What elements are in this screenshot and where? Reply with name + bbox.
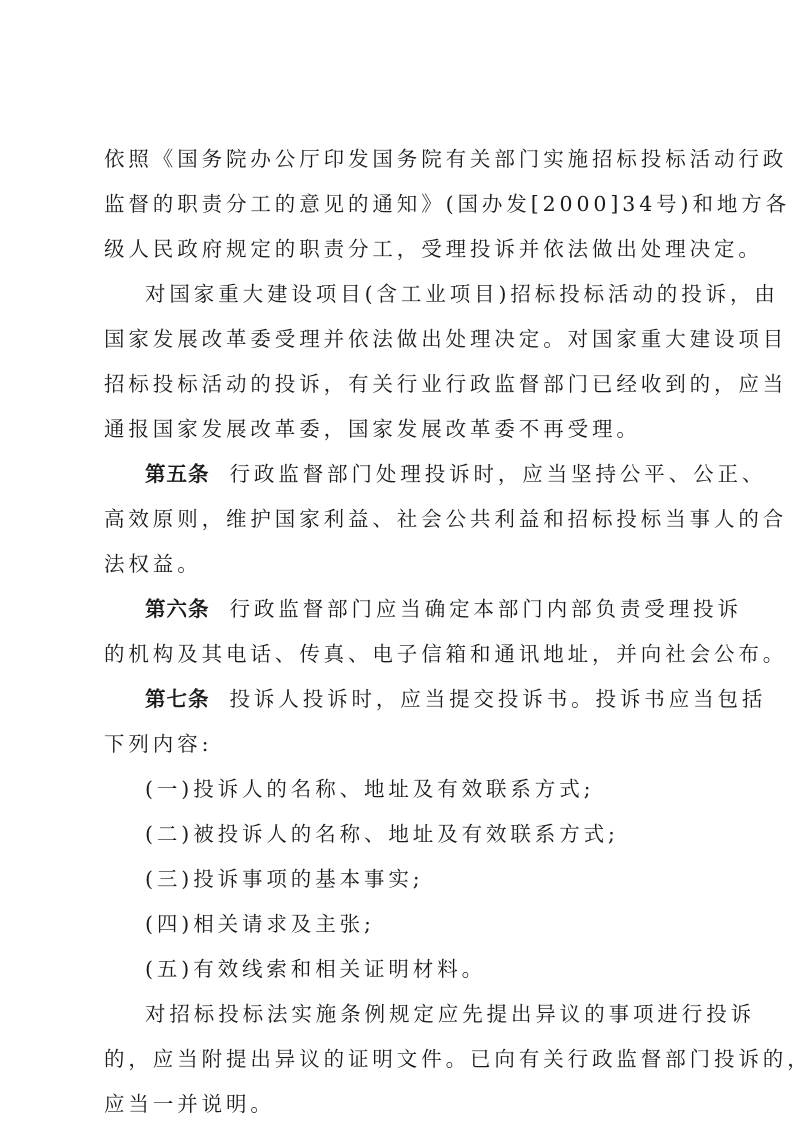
text-line: 监督的职责分工的意见的通知》(国办发[2000]34号)和地方各 — [104, 189, 790, 219]
list-item: (二)被投诉人的名称、地址及有效联系方式; — [145, 819, 619, 849]
article-heading: 第五条 — [145, 462, 210, 486]
list-item: (五)有效线索和相关证明材料。 — [145, 954, 486, 984]
article-heading: 第六条 — [145, 597, 210, 621]
article-6-line: 第六条行政监督部门应当确定本部门内部负责受理投诉 — [145, 594, 742, 624]
text-line: 对国家重大建设项目(含工业项目)招标投标活动的投诉，由 — [145, 279, 779, 309]
text-line: 依照《国务院办公厅印发国务院有关部门实施招标投标活动行政 — [104, 144, 787, 174]
article-7-line: 第七条投诉人投诉时，应当提交投诉书。投诉书应当包括 — [145, 684, 766, 714]
list-item: (四)相关请求及主张; — [145, 909, 375, 939]
text-line: 法权益。 — [104, 549, 202, 579]
text-span: 行政监督部门处理投诉时，应当坚持公平、公正、 — [230, 462, 767, 486]
text-line: 通报国家发展改革委，国家发展改革委不再受理。 — [104, 414, 641, 444]
text-line: 国家发展改革委受理并依法做出处理决定。对国家重大建设项目 — [104, 324, 787, 354]
text-line: 招标投标活动的投诉，有关行业行政监督部门已经收到的，应当 — [104, 369, 787, 399]
text-line: 的，应当附提出异议的证明文件。已向有关行政监督部门投诉的， — [104, 1044, 793, 1074]
text-line: 的机构及其电话、传真、电子信箱和通讯地址，并向社会公布。 — [104, 639, 787, 669]
text-span: 投诉人投诉时，应当提交投诉书。投诉书应当包括 — [230, 687, 767, 711]
list-item: (一)投诉人的名称、地址及有效联系方式; — [145, 774, 594, 804]
text-span: 行政监督部门应当确定本部门内部负责受理投诉 — [230, 597, 742, 621]
article-heading: 第七条 — [145, 687, 210, 711]
article-5-line: 第五条行政监督部门处理投诉时，应当坚持公平、公正、 — [145, 459, 766, 489]
text-line: 级人民政府规定的职责分工，受理投诉并依法做出处理决定。 — [104, 234, 763, 264]
text-line: 高效原则，维护国家利益、社会公共利益和招标投标当事人的合 — [104, 504, 787, 534]
list-item: (三)投诉事项的基本事实; — [145, 864, 424, 894]
text-line: 对招标投标法实施条例规定应先提出异议的事项进行投诉 — [145, 999, 755, 1029]
text-line: 应当一并说明。 — [104, 1089, 275, 1119]
text-line: 下列内容: — [104, 729, 212, 759]
